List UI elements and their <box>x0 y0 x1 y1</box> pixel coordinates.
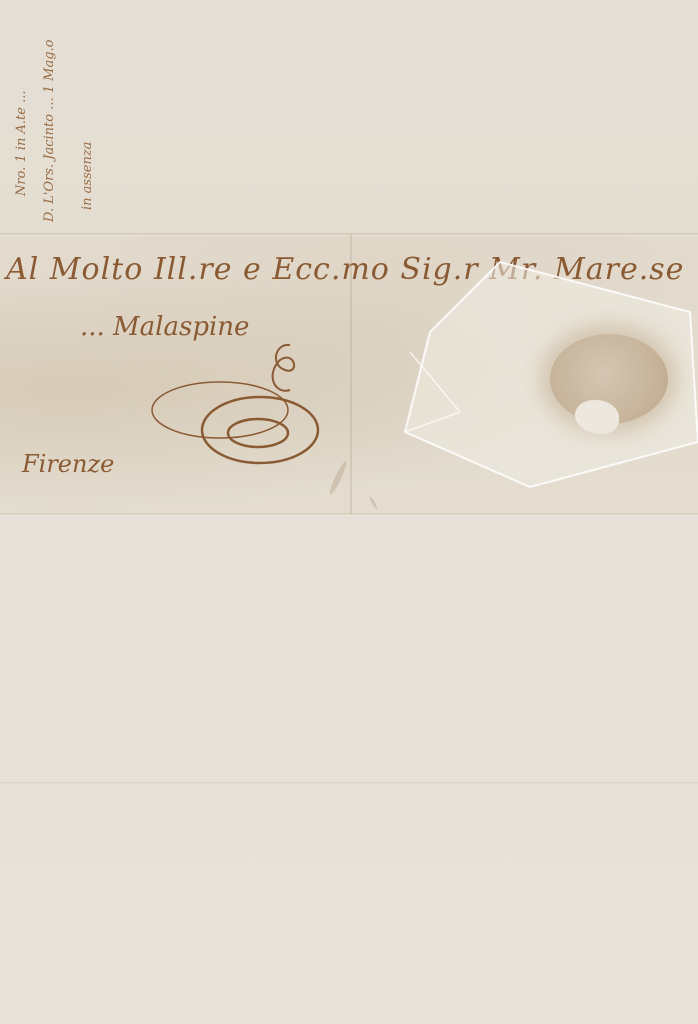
fold-line-top <box>0 233 698 236</box>
flourish-mark <box>150 335 330 475</box>
address-city: Firenze <box>22 450 114 478</box>
margin-note-3: in assenza <box>80 142 95 210</box>
bottom-panel <box>0 514 698 1024</box>
fold-line-middle <box>0 513 698 516</box>
letter-sheet: Nro. 1 in A.te ... D. L'Ors. Jacinto ...… <box>0 0 698 1024</box>
fold-line-bottom <box>0 782 698 785</box>
margin-note-2: D. L'Ors. Jacinto ... 1 Mag.o <box>42 40 57 222</box>
margin-note-1: Nro. 1 in A.te ... <box>14 91 29 197</box>
top-panel <box>0 0 698 234</box>
